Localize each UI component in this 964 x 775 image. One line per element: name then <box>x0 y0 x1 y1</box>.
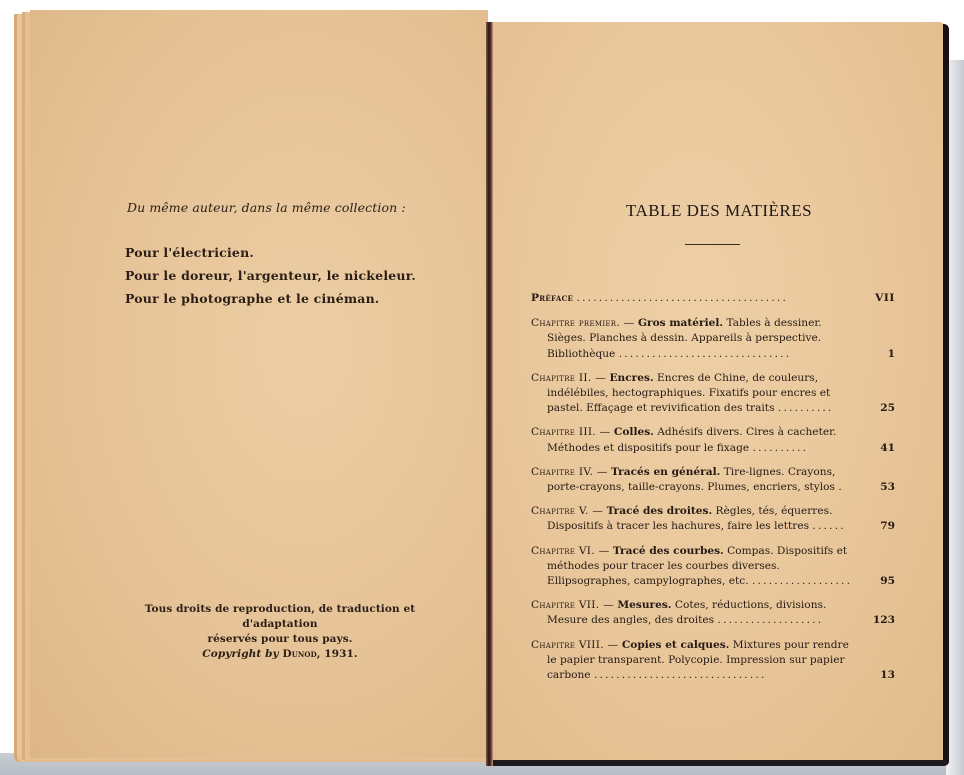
leader-dots: .................. <box>752 575 852 587</box>
toc-page-number: 41 <box>861 441 895 456</box>
toc-entry-chapter-1: Chapitre premier. — Gros matériel. Table… <box>531 316 895 362</box>
toc-entry-topic: Gros matériel. <box>638 317 723 329</box>
toc-entry-topic: Tracé des courbes. <box>613 545 724 557</box>
leader-dots: . <box>838 481 844 493</box>
toc-entry-chapter-3: Chapitre III. — Colles. Adhésifs divers.… <box>531 425 895 455</box>
toc-entry-label: Chapitre premier. — <box>531 317 635 329</box>
toc-title: TABLE DES MATIÈRES <box>493 201 945 221</box>
copyright-prefix: Copyright by <box>202 648 278 660</box>
toc-entry-chapter-5: Chapitre V. — Tracé des droites. Règles,… <box>531 504 895 534</box>
leader-dots: .......... <box>778 402 834 414</box>
toc-entry-chapter-8: Chapitre VIII. — Copies et calques. Mixt… <box>531 638 895 684</box>
same-author-works-list: Pour l'électricien. Pour le doreur, l'ar… <box>125 241 416 310</box>
rights-notice: Tous droits de reproduction, de traducti… <box>112 602 448 662</box>
toc-entry-chapter-4: Chapitre IV. — Tracés en général. Tire-l… <box>531 465 895 495</box>
toc-page-number: 1 <box>861 347 895 362</box>
toc-page-number: 79 <box>861 519 895 534</box>
leader-dots: ............................... <box>619 348 792 360</box>
rights-line-2: réservés pour tous pays. <box>112 632 448 647</box>
toc-entry-chapter-7: Chapitre VII. — Mesures. Cotes, réductio… <box>531 598 895 628</box>
table-of-contents: Préface ................................… <box>531 291 895 692</box>
toc-entry-label: Chapitre IV. — <box>531 466 608 478</box>
toc-page-number: 13 <box>861 668 895 683</box>
toc-entry-label: Chapitre II. — <box>531 372 606 384</box>
title-rule <box>685 244 740 245</box>
right-page-edge-shadow <box>943 24 949 766</box>
work-title: Pour le doreur, l'argenteur, le nickeleu… <box>125 264 416 287</box>
toc-page-number: 95 <box>861 574 895 589</box>
toc-entry-topic: Colles. <box>614 426 654 438</box>
toc-entry-topic: Encres. <box>609 372 653 384</box>
toc-entry-label: Chapitre V. — <box>531 505 603 517</box>
publisher-name: Dunod <box>283 648 317 660</box>
copyright-line: Copyright by Dunod, 1931. <box>112 647 448 662</box>
toc-entry-chapter-2: Chapitre II. — Encres. Encres de Chine, … <box>531 371 895 417</box>
toc-entry-topic: Tracé des droites. <box>607 505 713 517</box>
leader-dots: .......... <box>753 442 809 454</box>
work-title: Pour l'électricien. <box>125 241 416 264</box>
toc-entry-label: Chapitre III. — <box>531 426 611 438</box>
leader-dots: ...... <box>812 520 845 532</box>
toc-page-number: 53 <box>861 480 895 495</box>
leader-dots: ...................................... <box>577 292 789 304</box>
toc-entry-topic: Copies et calques. <box>622 639 729 651</box>
toc-page-number: 25 <box>861 401 895 416</box>
copyright-year: , 1931. <box>317 648 358 660</box>
toc-entry-label: Chapitre VI. — <box>531 545 610 557</box>
toc-entry-label: Préface <box>531 292 573 304</box>
rights-line-1: Tous droits de reproduction, de traducti… <box>112 602 448 632</box>
work-title: Pour le photographe et le cinéman. <box>125 287 416 310</box>
toc-entry-chapter-6: Chapitre VI. — Tracé des courbes. Compas… <box>531 544 895 590</box>
leader-dots: ............................... <box>594 669 767 681</box>
right-page-bottom-shadow <box>493 760 947 766</box>
same-author-heading: Du même auteur, dans la même collection … <box>127 200 406 215</box>
book-gutter <box>486 22 493 766</box>
toc-entry-topic: Mesures. <box>617 599 671 611</box>
toc-page-number: VII <box>861 291 895 306</box>
toc-entry-label: Chapitre VIII. — <box>531 639 619 651</box>
toc-entry-label: Chapitre VII. — <box>531 599 614 611</box>
toc-page-number: 123 <box>861 613 895 628</box>
leader-dots: ................... <box>718 614 824 626</box>
toc-entry-preface: Préface ................................… <box>531 291 895 306</box>
toc-entry-topic: Tracés en général. <box>611 466 720 478</box>
